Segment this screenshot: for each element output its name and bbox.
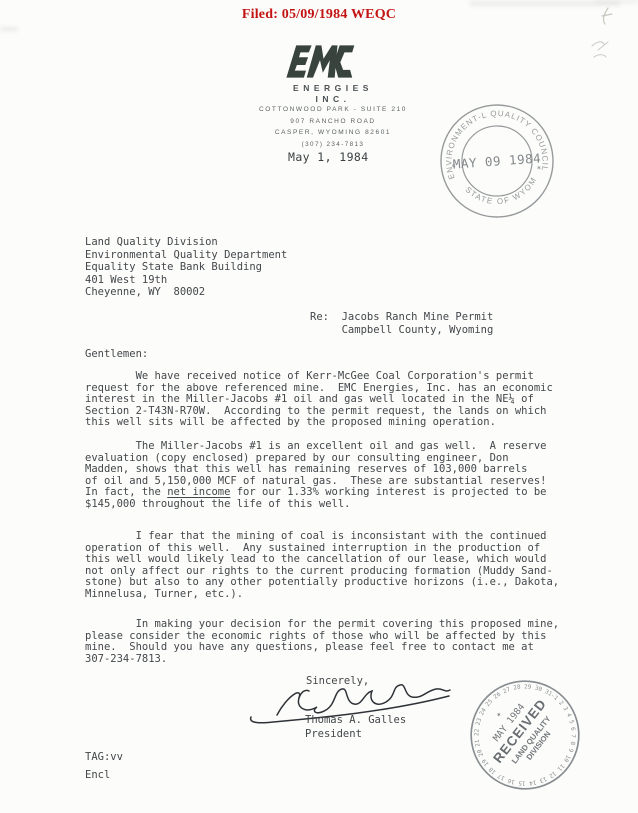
emc-logo-icon — [284, 44, 356, 79]
reference-line: Re: Jacobs Ranch Mine Permit Campbell Co… — [310, 311, 493, 337]
typist-initials: TAG:vv — [85, 752, 123, 764]
body-paragraph-4: In making your decision for the permit c… — [85, 619, 559, 665]
recipient-address: Land Quality Division Environmental Qual… — [85, 236, 287, 299]
stamp-center-date: MAY 09 1984 — [452, 150, 541, 171]
body-paragraph-3: I fear that the mining of coal is incons… — [85, 531, 559, 600]
stamp-star: ✶ — [494, 709, 504, 718]
land-quality-received-stamp: 21 22 23 24 25 26 27 28 29 30 31-1 2 3 4… — [465, 675, 585, 795]
body-paragraph-1: We have received notice of Kerr-McGee Co… — [85, 371, 553, 429]
filed-date-annotation: Filed: 05/09/1984 WEQC — [0, 7, 638, 23]
eqc-date-stamp: ENVIRONMENT-L QUALITY COUNCIL STATE OF W… — [435, 99, 559, 223]
pencil-marks — [578, 2, 633, 67]
signer-name-title: Thomas A. Galles President — [305, 714, 406, 741]
company-name-line1: ENERGIES — [14, 83, 638, 93]
scanned-letter-page: Filed: 05/09/1984 WEQC ENERGIES INC. COT… — [0, 0, 638, 813]
salutation: Gentlemen: — [85, 349, 148, 361]
letter-date: May 1, 1984 — [288, 150, 369, 164]
underlined-net-income: net income — [167, 486, 230, 498]
scan-artifact — [0, 27, 18, 31]
body-paragraph-2: The Miller-Jacobs #1 is an excellent oil… — [85, 441, 546, 510]
enclosure-notation: Encl — [85, 770, 110, 782]
